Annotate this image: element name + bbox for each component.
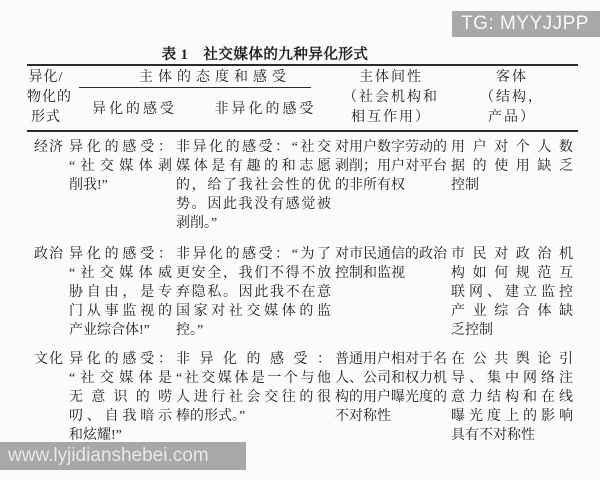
- cell-alienated-feelings: 异化的感受：“社交媒体是无意识的唠叨、自我暗示和炫耀!”: [69, 350, 172, 445]
- tg-watermark-badge: TG: MYYJJPP: [452, 11, 600, 37]
- cell-intersubjectivity: 对市民通信的政治控制和监视: [335, 245, 447, 283]
- site-watermark: www.lyjidianshebei.com: [0, 442, 246, 470]
- cell-intersubjectivity: 普通用户相对于名人、公司和权力机构的用户曝光度的不对称性: [335, 350, 447, 426]
- cell-non-alienated-feelings: 非异化的感受：“社交媒体是有趣的和志愿的，给了我社会性的优势。因此我没有感觉被剥…: [176, 138, 331, 233]
- cell-object: 市民对政治机构如何规范互联网、建立监控产业综合体缺乏控制: [451, 245, 573, 340]
- cell-object: 在公共舆论引导、集中网络注意力结构和在线曝光度上的影响具有不对称性: [451, 350, 573, 445]
- row-form-label: 政治: [27, 245, 65, 264]
- table-row-political: 政治 异化的感受：“社交媒体威胁自由，是专门从事监视的产业综合体!” 非异化的感…: [27, 245, 578, 340]
- header-alienated-feelings: 异化的感受: [69, 98, 200, 118]
- header-form-column: 异化/物化的形式: [27, 68, 65, 128]
- cell-intersubjectivity: 对用户数字劳动的剥削；用户对平台的非所有权: [335, 138, 447, 195]
- table-title: 表 1 社交媒体的九种异化形式: [0, 43, 530, 64]
- page: TG: MYYJJPP 表 1 社交媒体的九种异化形式 异化/物化的形式 主体的…: [0, 0, 600, 480]
- cell-alienated-feelings: 异化的感受：“社交媒体威胁自由，是专门从事监视的产业综合体!”: [69, 245, 172, 340]
- header-subject-attitudes: 主体的态度和感受: [79, 68, 311, 88]
- header-subject-subcolumns: 异化的感受 非异化的感受: [69, 88, 331, 128]
- table-row-economic: 经济 异化的感受：“社交媒体剥削我!” 非异化的感受：“社交媒体是有趣的和志愿的…: [27, 138, 578, 233]
- header-subject-group: 主体的态度和感受 异化的感受 非异化的感受: [69, 68, 331, 128]
- header-object: 客体（结构，产品）: [451, 68, 573, 128]
- header-non-alienated-feelings: 非异化的感受: [200, 98, 331, 118]
- cell-non-alienated-feelings: 非异化的感受：“社交媒体是一个与他人进行社会交往的很棒的形式。”: [176, 350, 331, 426]
- cell-alienated-feelings: 异化的感受：“社交媒体剥削我!”: [69, 138, 172, 195]
- header-intersubjectivity: 主体间性（社会机构和相互作用）: [335, 68, 447, 128]
- row-form-label: 经济: [27, 138, 65, 157]
- cell-non-alienated-feelings: 非异化的感受：“为了更安全，我们不得不放弃隐私。因此我不在意国家对社交媒体的监控…: [176, 245, 331, 340]
- table-row-cultural: 文化 异化的感受：“社交媒体是无意识的唠叨、自我暗示和炫耀!” 非异化的感受：“…: [27, 350, 578, 445]
- table-header: 异化/物化的形式 主体的态度和感受 异化的感受 非异化的感受 主体间性（社会机构…: [27, 66, 578, 132]
- row-form-label: 文化: [27, 350, 65, 369]
- cell-object: 用户对个人数据的使用缺乏控制: [451, 138, 573, 195]
- alienation-table: 异化/物化的形式 主体的态度和感受 异化的感受 非异化的感受 主体间性（社会机构…: [27, 64, 578, 445]
